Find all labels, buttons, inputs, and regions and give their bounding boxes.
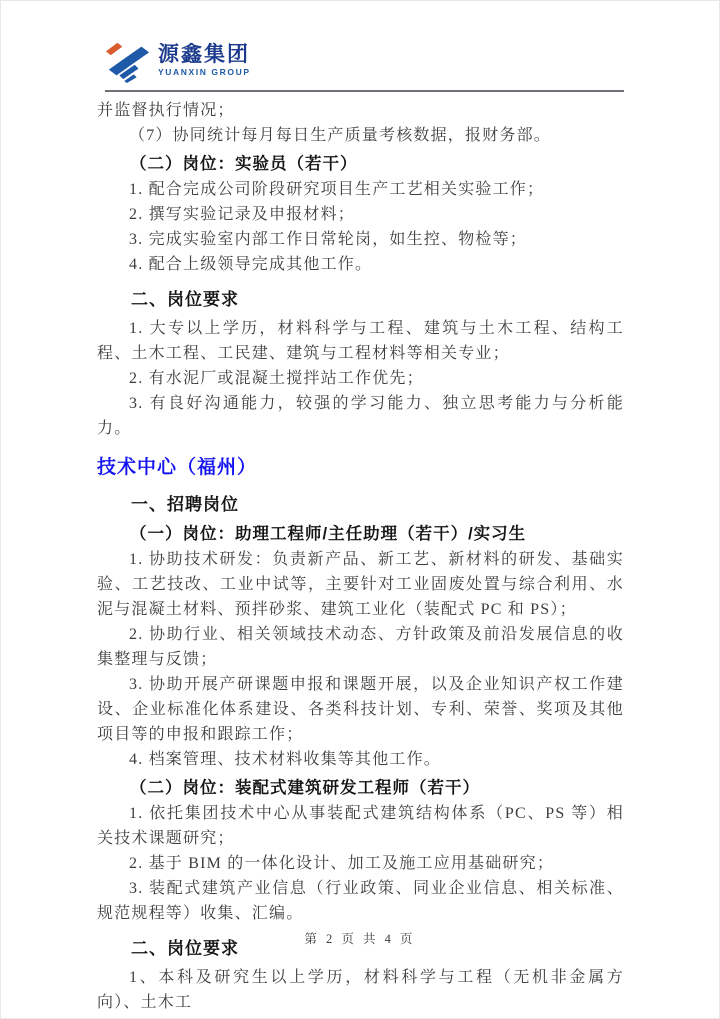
list-item: 3. 协助开展产研课题申报和课题开展，以及企业知识产权工作建设、企业标准化体系建…	[97, 672, 624, 747]
list-item: 2. 基于 BIM 的一体化设计、加工及施工应用基础研究；	[97, 851, 624, 876]
page-header: 源鑫集团 YUANXIN GROUP	[97, 37, 624, 92]
list-item: 3. 有良好沟通能力，较强的学习能力、独立思考能力与分析能力。	[97, 391, 624, 441]
list-item: 4. 档案管理、技术材料收集等其他工作。	[97, 747, 624, 772]
list-item: 1. 大专以上学历，材料科学与工程、建筑与土木工程、结构工程、土木工程、工民建、…	[97, 316, 624, 366]
position-heading: （二）岗位：装配式建筑研发工程师（若干）	[97, 775, 624, 801]
logo-name-en: YUANXIN GROUP	[158, 68, 251, 77]
page-number: 第 2 页 共 4 页	[1, 929, 719, 947]
list-item: 1. 依托集团技术中心从事装配式建筑结构体系（PC、PS 等）相关技术课题研究；	[97, 801, 624, 851]
section-heading: 二、岗位要求	[97, 287, 624, 313]
list-item: 2. 有水泥厂或混凝土搅拌站工作优先；	[97, 366, 624, 391]
position-heading: （二）岗位：实验员（若干）	[97, 151, 624, 177]
position-heading: （一）岗位：助理工程师/主任助理（若干）/实习生	[97, 521, 624, 547]
list-item: 1. 配合完成公司阶段研究项目生产工艺相关实验工作；	[97, 177, 624, 202]
logo-name-cn: 源鑫集团	[158, 44, 251, 65]
list-item: 2. 撰写实验记录及申报材料；	[97, 202, 624, 227]
yuanxin-logo-icon	[105, 37, 151, 83]
list-item: 1、本科及研究生以上学历，材料科学与工程（无机非金属方向）、土木工	[97, 965, 624, 1015]
document-page: 源鑫集团 YUANXIN GROUP 并监督执行情况； （7）协同统计每月每日生…	[0, 0, 720, 1019]
company-logo: 源鑫集团 YUANXIN GROUP	[105, 37, 624, 83]
list-item: 4. 配合上级领导完成其他工作。	[97, 252, 624, 277]
list-item: 1. 协助技术研发：负责新产品、新工艺、新材料的研发、基础实验、工艺技改、工业中…	[97, 547, 624, 622]
department-heading: 技术中心（福州）	[97, 454, 624, 482]
list-item: 2. 协助行业、相关领域技术动态、方针政策及前沿发展信息的收集整理与反馈；	[97, 622, 624, 672]
list-item: 3. 装配式建筑产业信息（行业政策、同业企业信息、相关标准、规范规程等）收集、汇…	[97, 876, 624, 926]
logo-text-block: 源鑫集团 YUANXIN GROUP	[158, 44, 251, 77]
list-item: 3. 完成实验室内部工作日常轮岗，如生控、物检等；	[97, 227, 624, 252]
section-heading: 一、招聘岗位	[97, 492, 624, 518]
document-content: 并监督执行情况； （7）协同统计每月每日生产质量考核数据，报财务部。 （二）岗位…	[97, 92, 624, 1015]
paragraph: （7）协同统计每月每日生产质量考核数据，报财务部。	[97, 123, 624, 148]
paragraph: 并监督执行情况；	[97, 98, 624, 123]
